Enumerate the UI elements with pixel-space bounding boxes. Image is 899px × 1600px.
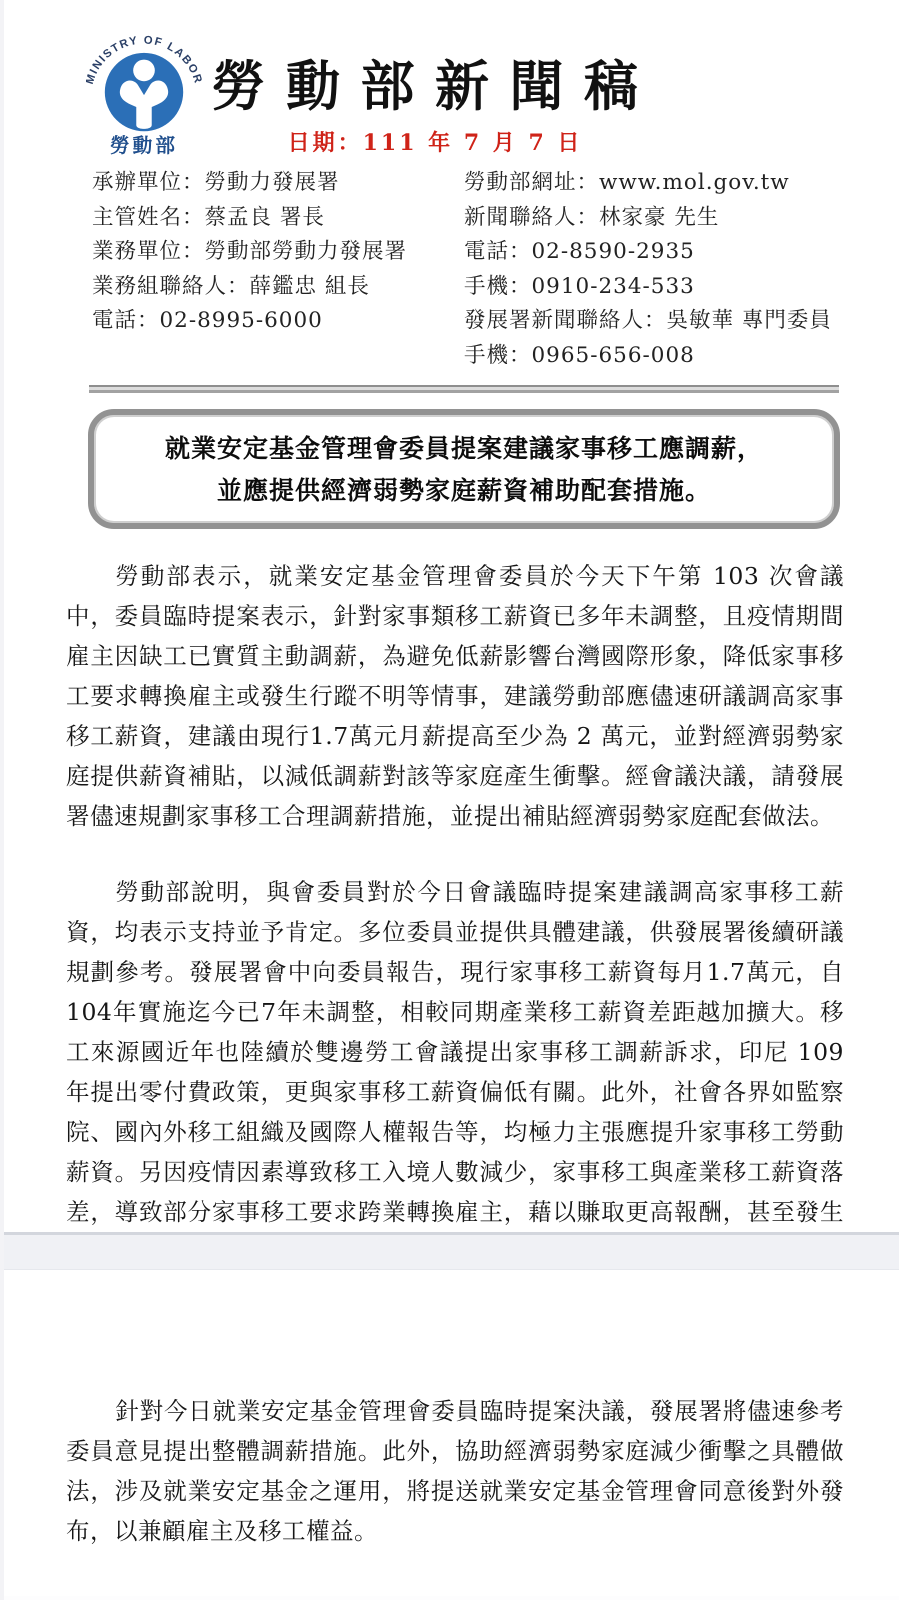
date-line: 日期：111 年 7 月 7 日 — [200, 126, 670, 157]
contact-line-wda-press-contact: 發展署新聞聯絡人：吳敏華 專門委員 — [464, 304, 899, 339]
press-release-title: 勞動部新聞稿 — [200, 44, 670, 121]
contact-line-business-unit: 業務單位：勞動部勞動力發展署 — [92, 235, 464, 270]
contact-line-unit-contact: 業務組聯絡人：薛鑑忠 組長 — [92, 270, 464, 305]
divider-rule — [89, 385, 839, 393]
paragraph-2: 勞動部說明，與會委員對於今日會議臨時提案建議調高家事移工薪資，均表示支持並予肯定… — [66, 872, 844, 1232]
headline-line-1: 就業安定基金管理會委員提案建議家事移工應調薪， — [106, 428, 822, 470]
contact-line-press-contact: 新聞聯絡人：林家豪 先生 — [464, 201, 899, 236]
contact-line-press-mobile: 手機：0910-234-533 — [464, 270, 899, 305]
ministry-of-labor-logo: MINISTRY OF LABOR 勞動部 — [86, 24, 202, 156]
body-text-page-1: 勞動部表示，就業安定基金管理會委員於今天下午第 103 次會議中，委員臨時提案表… — [4, 556, 899, 1232]
contact-line-website: 勞動部網址：www.mol.gov.tw — [464, 166, 899, 201]
press-release-page-1: MINISTRY OF LABOR 勞動部 勞動部新聞稿 日期：111 年 7 … — [4, 0, 899, 1232]
press-release-header: MINISTRY OF LABOR 勞動部 勞動部新聞稿 日期：111 年 7 … — [4, 0, 899, 162]
paragraph-1: 勞動部表示，就業安定基金管理會委員於今天下午第 103 次會議中，委員臨時提案表… — [66, 556, 844, 836]
headline-line-2: 並應提供經濟弱勢家庭薪資補助配套措施。 — [106, 470, 822, 512]
contact-column-right: 勞動部網址：www.mol.gov.tw 新聞聯絡人：林家豪 先生 電話：02-… — [464, 166, 899, 373]
contact-line-phone: 電話：02-8995-6000 — [92, 304, 464, 339]
headline-box: 就業安定基金管理會委員提案建議家事移工應調薪， 並應提供經濟弱勢家庭薪資補助配套… — [88, 409, 840, 529]
page-break-gap — [0, 1232, 899, 1270]
contact-line-supervisor: 主管姓名：蔡孟良 署長 — [92, 201, 464, 236]
body-text-page-2: 針對今日就業安定基金管理會委員臨時提案決議，發展署將儘速參考委員意見提出整體調薪… — [4, 1270, 899, 1551]
contact-line-organizer: 承辦單位：勞動力發展署 — [92, 166, 464, 201]
contact-column-left: 承辦單位：勞動力發展署 主管姓名：蔡孟良 署長 業務單位：勞動部勞動力發展署 業… — [92, 166, 464, 373]
contact-info-block: 承辦單位：勞動力發展署 主管姓名：蔡孟良 署長 業務單位：勞動部勞動力發展署 業… — [4, 162, 899, 373]
paragraph-3: 針對今日就業安定基金管理會委員臨時提案決議，發展署將儘速參考委員意見提出整體調薪… — [66, 1391, 844, 1551]
logo-caption: 勞動部 — [110, 134, 178, 156]
press-release-page-2: 針對今日就業安定基金管理會委員臨時提案決議，發展署將儘速參考委員意見提出整體調薪… — [4, 1270, 899, 1596]
contact-line-wda-mobile: 手機：0965-656-008 — [464, 339, 899, 374]
contact-line-press-phone: 電話：02-8590-2935 — [464, 235, 899, 270]
